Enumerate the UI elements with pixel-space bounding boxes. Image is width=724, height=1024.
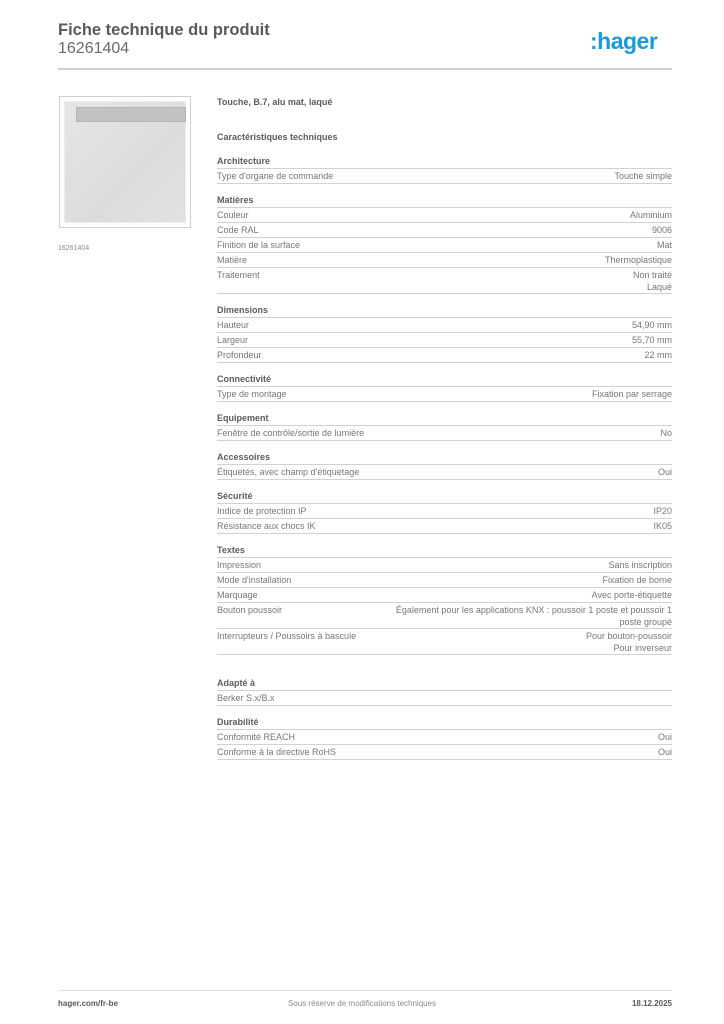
spec-group: ArchitectureType d'organe de commandeTou…: [217, 155, 672, 184]
spec-row: ImpressionSans inscription: [217, 558, 672, 573]
spec-label: Couleur: [217, 209, 249, 222]
spec-label: Indice de protection IP: [217, 505, 307, 518]
spec-content: Touche, B.7, alu mat, laqué Caractéristi…: [217, 96, 672, 770]
spec-group: DurabilitéConformité REACHOuiConforme à …: [217, 716, 672, 760]
spec-label: Bouton poussoir: [217, 604, 282, 617]
spec-label: Finition de la surface: [217, 239, 300, 252]
group-title: Durabilité: [217, 716, 672, 730]
spec-label: Étiquetés, avec champ d'étiquetage: [217, 466, 359, 479]
spec-value-line: Thermoplastique: [267, 254, 672, 266]
group-title: Connectivité: [217, 373, 672, 387]
spec-value-line: Sans inscription: [281, 559, 672, 571]
spec-value: Mat: [300, 239, 672, 251]
spec-row: Interrupteurs / Poussoirs à basculePour …: [217, 629, 672, 655]
spec-label: Mode d'installation: [217, 574, 291, 587]
spec-row: Type de montageFixation par serrage: [217, 387, 672, 402]
spec-row: Type d'organe de commandeTouche simple: [217, 169, 672, 184]
spec-row: MatièreThermoplastique: [217, 253, 672, 268]
spec-value-line: Pour bouton-poussoir: [376, 630, 672, 642]
spec-value: 22 mm: [262, 349, 672, 361]
spec-row: Conforme à la directive RoHSOui: [217, 745, 672, 760]
spec-label: Conforme à la directive RoHS: [217, 746, 336, 759]
spec-value-line: Fixation par serrage: [307, 388, 672, 400]
group-title: Matières: [217, 194, 672, 208]
spec-row: TraitementNon traitéLaqué: [217, 268, 672, 294]
group-title: Sécurité: [217, 490, 672, 504]
spec-group: SécuritéIndice de protection IPIP20Résis…: [217, 490, 672, 534]
spec-value-line: 55,70 mm: [268, 334, 672, 346]
spec-value-line: Pour inverseur: [376, 642, 672, 654]
spec-value: Oui: [336, 746, 672, 758]
spec-value: Touche simple: [333, 170, 672, 182]
spec-value: Thermoplastique: [247, 254, 672, 266]
spec-value: Oui: [359, 466, 672, 478]
product-name: Touche, B.7, alu mat, laqué: [217, 96, 672, 109]
spec-group: DimensionsHauteur54,90 mmLargeur55,70 mm…: [217, 304, 672, 363]
spec-value-line: Aluminium: [269, 209, 672, 221]
spec-label: Profondeur: [217, 349, 262, 362]
spec-group: MatièresCouleurAluminiumCode RAL9006Fini…: [217, 194, 672, 294]
product-image: [59, 96, 191, 228]
spec-row: Largeur55,70 mm: [217, 333, 672, 348]
spec-label: Largeur: [217, 334, 248, 347]
spec-label: Résistance aux chocs IK: [217, 520, 316, 533]
spec-value: Pour bouton-poussoirPour inverseur: [356, 630, 672, 654]
spec-row: Code RAL9006: [217, 223, 672, 238]
spec-value: 54,90 mm: [249, 319, 672, 331]
image-caption: 16261404: [58, 245, 89, 252]
spec-label: Hauteur: [217, 319, 249, 332]
spec-value-line: Touche simple: [353, 170, 672, 182]
spec-value: Fixation de borne: [291, 574, 672, 586]
spec-label: Fenêtre de contrôle/sortie de lumière: [217, 427, 364, 440]
touch-plate-icon: [64, 101, 186, 223]
spec-value-line: Avec porte-étiquette: [278, 589, 672, 601]
spec-label: Type de montage: [217, 388, 287, 401]
spec-value-line: poste groupé: [302, 616, 672, 628]
footer-date: 18.12.2025: [632, 999, 672, 1008]
group-title: Equipement: [217, 412, 672, 426]
hager-logo: :hager: [590, 28, 657, 54]
spec-label: Interrupteurs / Poussoirs à bascule: [217, 630, 356, 643]
spec-value-line: 54,90 mm: [269, 319, 672, 331]
page-title: Fiche technique du produit: [58, 21, 270, 40]
group-title: Architecture: [217, 155, 672, 169]
spec-groups: ArchitectureType d'organe de commandeTou…: [217, 155, 672, 760]
spec-value-line: 9006: [279, 224, 672, 236]
spec-row: Fenêtre de contrôle/sortie de lumièreNo: [217, 426, 672, 441]
spec-row: Conformité REACHOui: [217, 730, 672, 745]
spec-value: 55,70 mm: [248, 334, 672, 346]
spec-group: AccessoiresÉtiquetés, avec champ d'étiqu…: [217, 451, 672, 480]
spec-value-line: IP20: [327, 505, 672, 517]
spec-row: MarquageAvec porte-étiquette: [217, 588, 672, 603]
spec-row: CouleurAluminium: [217, 208, 672, 223]
spec-value-line: Oui: [356, 746, 672, 758]
spec-row: Hauteur54,90 mm: [217, 318, 672, 333]
footer-disclaimer: Sous réserve de modifications techniques: [0, 999, 724, 1008]
spec-row: Étiquetés, avec champ d'étiquetageOui: [217, 465, 672, 480]
spec-group: EquipementFenêtre de contrôle/sortie de …: [217, 412, 672, 441]
spec-label: Type d'organe de commande: [217, 170, 333, 183]
spec-value-line: Oui: [379, 466, 672, 478]
spec-value-line: Fixation de borne: [311, 574, 672, 586]
spec-value: Également pour les applications KNX : po…: [282, 604, 672, 628]
spec-value: IK05: [316, 520, 672, 532]
spec-row: Berker S.x/B.x: [217, 691, 672, 706]
spec-row: Finition de la surfaceMat: [217, 238, 672, 253]
spec-row: Indice de protection IPIP20: [217, 504, 672, 519]
spec-group: Adapté àBerker S.x/B.x: [217, 677, 672, 706]
group-title: Dimensions: [217, 304, 672, 318]
spec-label: Code RAL: [217, 224, 259, 237]
spec-value-line: IK05: [336, 520, 672, 532]
section-heading: Caractéristiques techniques: [217, 131, 672, 144]
group-spacer: [217, 665, 672, 677]
spec-value: No: [364, 427, 672, 439]
spec-value: IP20: [307, 505, 672, 517]
spec-value: Avec porte-étiquette: [258, 589, 672, 601]
spec-value: Fixation par serrage: [287, 388, 672, 400]
spec-label: Conformité REACH: [217, 731, 295, 744]
spec-value: Aluminium: [249, 209, 672, 221]
spec-value: 9006: [259, 224, 672, 236]
spec-value-line: No: [384, 427, 672, 439]
spec-row: Profondeur22 mm: [217, 348, 672, 363]
spec-value-line: Oui: [315, 731, 672, 743]
spec-label: Marquage: [217, 589, 258, 602]
header-divider: [58, 68, 672, 70]
spec-value-line: Laqué: [280, 281, 672, 293]
group-title: Accessoires: [217, 451, 672, 465]
spec-value-line: 22 mm: [282, 349, 672, 361]
product-reference: 16261404: [58, 39, 129, 58]
spec-row: Bouton poussoirÉgalement pour les applic…: [217, 603, 672, 629]
group-title: Adapté à: [217, 677, 672, 691]
spec-value-line: Également pour les applications KNX : po…: [302, 604, 672, 616]
spec-row: Mode d'installationFixation de borne: [217, 573, 672, 588]
spec-value-line: Mat: [320, 239, 672, 251]
spec-row: Résistance aux chocs IKIK05: [217, 519, 672, 534]
spec-value: Oui: [295, 731, 672, 743]
spec-label: Matière: [217, 254, 247, 267]
spec-group: ConnectivitéType de montageFixation par …: [217, 373, 672, 402]
spec-label: Impression: [217, 559, 261, 572]
spec-label: Traitement: [217, 269, 260, 282]
spec-value-line: Non traité: [280, 269, 672, 281]
spec-value: Non traitéLaqué: [260, 269, 672, 293]
spec-value: Sans inscription: [261, 559, 672, 571]
footer-divider: [58, 990, 672, 991]
spec-label: Berker S.x/B.x: [217, 692, 275, 705]
group-title: Textes: [217, 544, 672, 558]
spec-group: TextesImpressionSans inscriptionMode d'i…: [217, 544, 672, 655]
label-window: [76, 107, 186, 122]
